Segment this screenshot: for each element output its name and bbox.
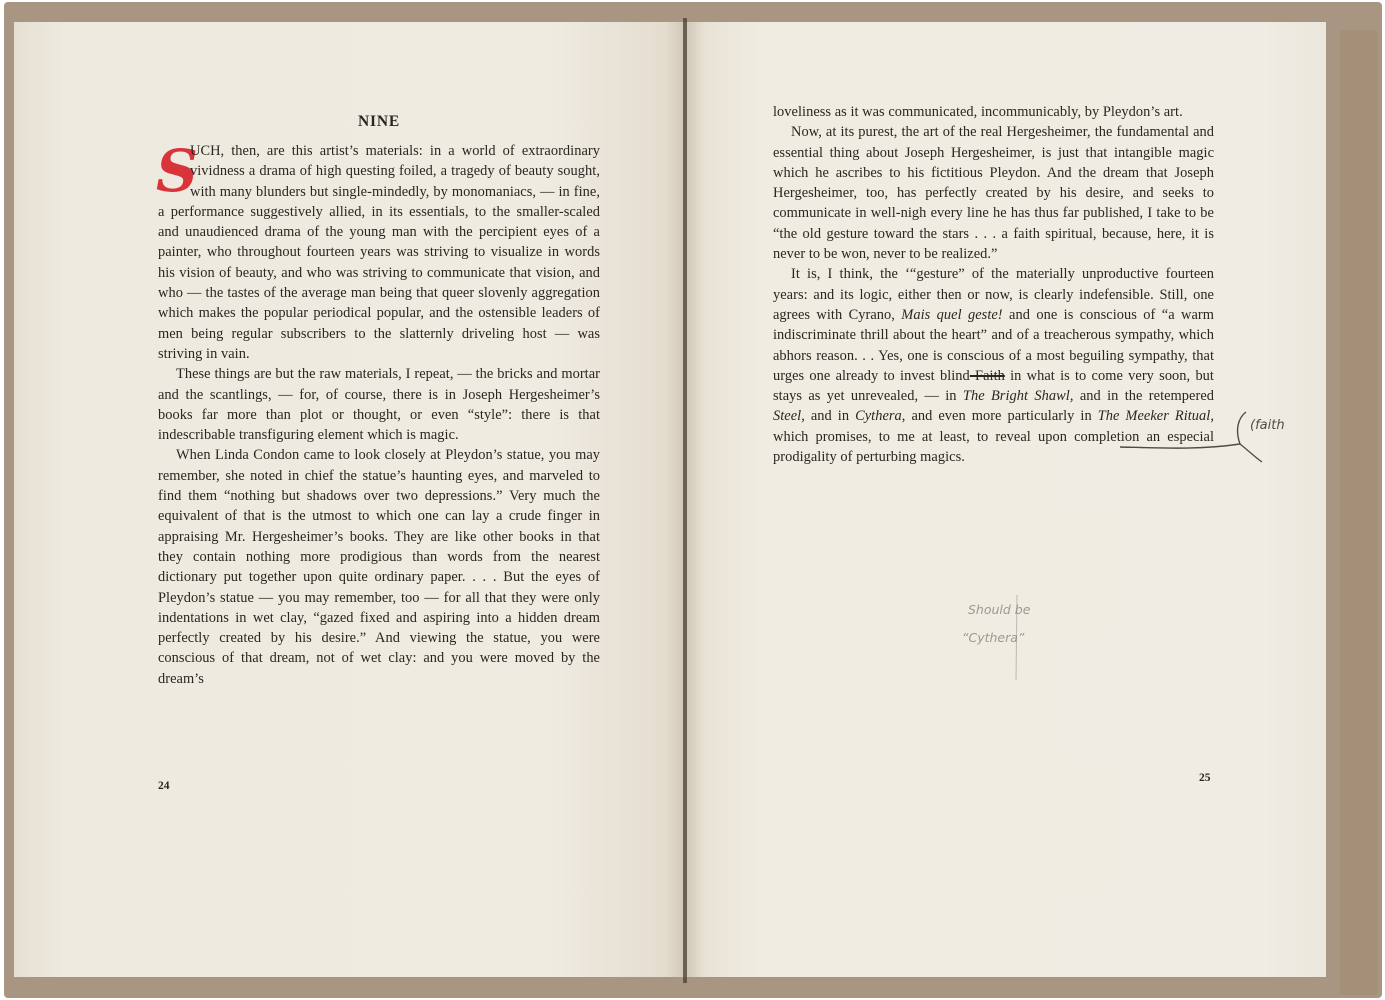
cyrano-quote: Mais quel geste! [901,307,1002,323]
book-title: The Bright Shawl [963,388,1070,404]
book-title: Cythera [855,408,902,424]
struck-word: Faith [970,368,1005,384]
left-page-text: SUCH, then, are this artist’s materials:… [158,141,600,689]
page-number-left: 24 [158,780,170,792]
right-page-text: loveliness as it was communicated, incom… [773,102,1214,467]
chapter-heading: NINE [158,113,600,131]
paragraph-3: When Linda Condon came to look closely a… [158,445,600,689]
book-cover-edge [1340,30,1378,995]
page-number-right: 25 [1199,772,1211,784]
book-spine-gutter [683,18,687,983]
paragraph-1: SUCH, then, are this artist’s materials:… [158,141,600,364]
margin-note-faith: (faith [1250,418,1285,433]
pencil-note-should-be: Should be [968,602,1030,617]
paragraph-it-is-i-think: It is, I think, the ‘“gesture” of the ma… [773,264,1214,467]
book-title: Steel [773,408,801,424]
book-title: The Meeker Ritual [1098,408,1211,424]
paragraph-now-at-its-purest: Now, at its purest, the art of the real … [773,122,1214,264]
paragraph-continued: loveliness as it was communicated, incom… [773,102,1214,122]
drop-cap: S [156,143,182,199]
pencil-note-cythera: “Cythera” [962,630,1024,645]
paragraph-2: These things are but the raw materials, … [158,364,600,445]
